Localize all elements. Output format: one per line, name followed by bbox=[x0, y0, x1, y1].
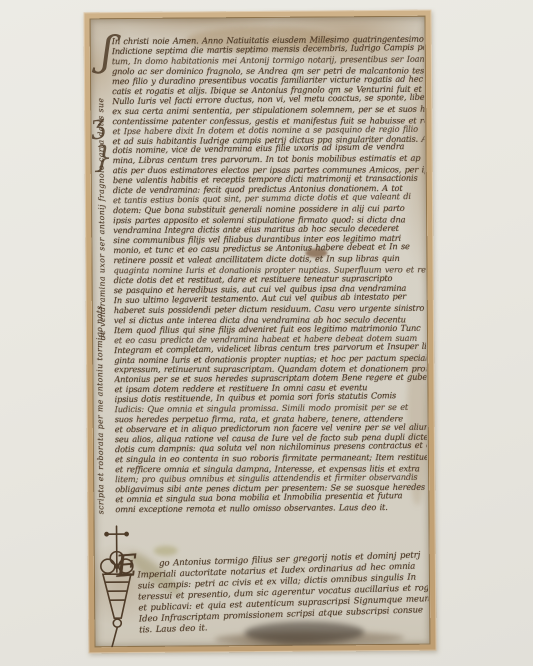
manuscript-photo: ʃ ʒ } In christi noie Amen. Anno Natiuit… bbox=[0, 0, 533, 666]
script-line: et singula in eo contenta in suo roboris… bbox=[115, 453, 427, 465]
script-line: vel si dictus ante interea dicta dna ven… bbox=[114, 315, 426, 326]
script-line: expressum, retinuerunt suprascriptam. Qu… bbox=[114, 365, 426, 376]
script-line: suos heredes perpetuo firma, rata, et gr… bbox=[115, 415, 427, 426]
main-text-block: In christi noie Amen. Anno Natiuitatis e… bbox=[112, 35, 428, 515]
mount-window: ʃ ʒ } In christi noie Amen. Anno Natiuit… bbox=[83, 10, 436, 654]
closing-initial: E bbox=[115, 551, 139, 583]
script-line: quaginta nomine Iuris et donationis prop… bbox=[114, 265, 426, 276]
script-line: dotem: Que bona substituit generali nomi… bbox=[113, 204, 425, 216]
stain bbox=[154, 546, 178, 556]
closing-paragraph: go Antonius tormigo filius ser gregorij … bbox=[137, 550, 429, 636]
margin-note-vertical: de vendramina uxor ser antonij fragnolo … bbox=[96, 98, 107, 341]
parchment: ʃ ʒ } In christi noie Amen. Anno Natiuit… bbox=[90, 16, 431, 648]
script-line: retinere possit et valeat ancillitatem d… bbox=[113, 254, 425, 266]
script-line: tum, In domo habitationis mei Antonij to… bbox=[112, 55, 424, 67]
margin-note-vertical: scripta et roborata per me antoniu tormi… bbox=[95, 305, 106, 514]
script-line: ipsis partes apposito et solemni stipula… bbox=[113, 215, 425, 226]
script-line: atis per duos estimatores electos per ip… bbox=[113, 166, 425, 177]
script-line: gnolo ac ser dominico fragnolo, se Andre… bbox=[112, 66, 424, 77]
